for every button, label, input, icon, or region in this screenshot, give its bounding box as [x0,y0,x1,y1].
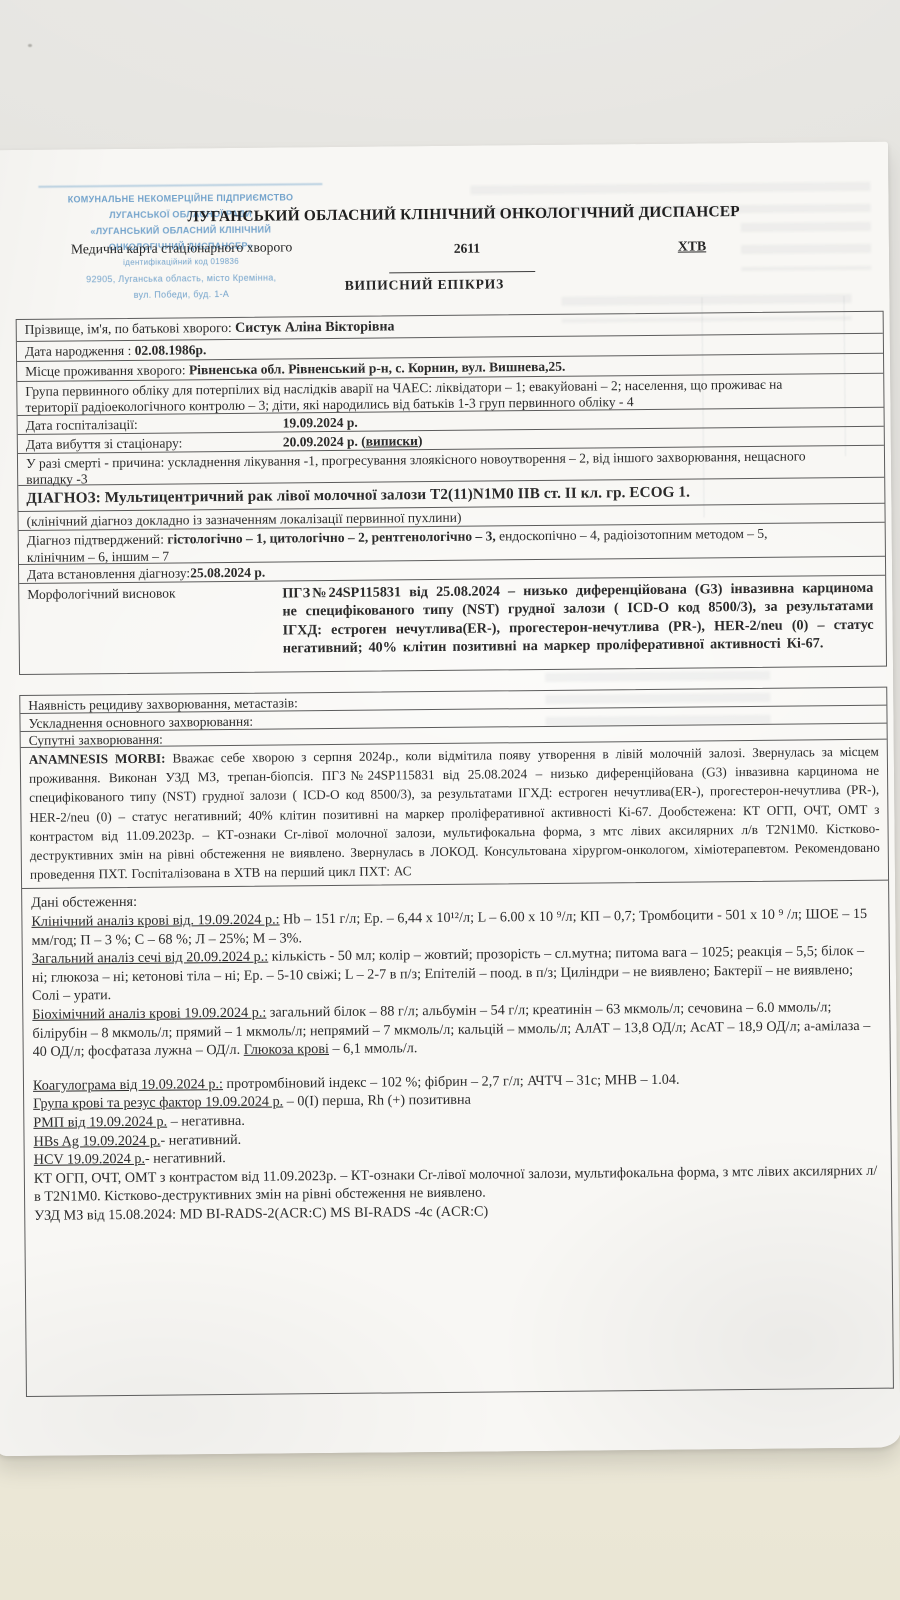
birth-date-label: Дата народження : [25,343,132,359]
hcv-head: HCV 19.09.2024 р. [34,1151,145,1168]
discharge-date-value: 20.09.2024 р. (виписки) [283,433,423,451]
address-value: Рівненська обл. Рівненський р-н, с. Корн… [189,359,566,378]
birth-date-value: 02.08.1986р. [135,342,207,358]
photo-of-discharge-summary: { "header": { "stamp": { "lines": [ "КОМ… [0,0,900,1600]
anamnesis-label: ANAMNESIS MORBI: [29,751,173,767]
complications-label: Ускладнення основного захворювання: [28,714,253,731]
coagulogram-values: протромбіновий індекс – 102 %; фібрин – … [223,1071,680,1091]
confirmed-methods-bold: гістологічно – 1, цитологічно – 2, рентг… [167,528,495,546]
diagnosis-clarification-text: (клінічний діагноз докладно із зазначенн… [27,510,462,529]
row-anamnesis: ANAMNESIS MORBI: Вважає себе хворою з се… [21,740,888,889]
rmp-head: РМП від 19.09.2024 р. [33,1114,167,1131]
morphology-conclusion-text: ПГЗ№24SP115831 від 25.08.2024 – низько д… [282,579,878,668]
rmp-value: – негативна. [167,1113,245,1130]
form-table: Прізвище, ім'я, по батькові хворого: Сис… [16,311,894,1398]
department-code: ХТВ [652,238,732,255]
patient-name-label: Прізвище, ім'я, по батькові хворого: [25,320,232,337]
discharge-date-suffix: ) [418,433,423,448]
urinalysis-head: Загальний аналіз сечі від 20.09.2024 р.: [32,949,269,967]
relapse-label: Наявність рецидиву захворювання, метаста… [28,695,298,713]
blood-group-value: – 0(I) перша, Rh (+) позитивна [283,1092,471,1110]
examinations-box: Дані обстеження: Клінічний аналіз крові … [21,881,894,1397]
document-title: ВИПИСНИЙ ЕПІКРИЗ [324,276,524,294]
hcv-value: - негативний. [145,1150,226,1167]
address-label: Місце проживання хворого: [25,362,186,379]
blood-group-head: Група крові та резус фактор 19.09.2024 р… [33,1094,283,1112]
divider-rule [389,271,535,273]
patient-name-value: Систук Аліна Вікторівна [235,319,394,336]
stamp-line: вул. Победи, буд. 1-А [31,285,331,304]
hbsag-value: - негативний. [160,1131,241,1148]
disease-course-box: Наявність рецидиву захворювання, метаста… [19,687,889,890]
admission-date-value: 19.09.2024 р. [283,415,358,432]
coagulogram-head: Коагулограма від 19.09.2024 р.: [33,1076,223,1094]
morphology-label: Морфологічний висновок [27,584,283,669]
discharge-date-prefix: 20.09.2024 р. ( [283,434,366,450]
diagnosis-date-value: 25.08.2024 р. [190,565,265,581]
glucose-underlined: Глюкоза крові [244,1041,329,1058]
urinalysis-line: Загальний аналіз сечі від 20.09.2024 р.:… [32,942,880,1006]
cbc-head: Клінічний аналіз крові від. 19.09.2024 р… [31,912,279,930]
stamp-line: КОМУНАЛЬНЕ НЕКОМЕРЦІЙНЕ ПІДПРИЄМСТВО [30,189,330,208]
row-morphology: Морфологічний висновок ПГЗ№24SP115831 ві… [19,576,886,674]
discharge-date-label: Дата вибуття зі стаціонару: [26,435,183,452]
patient-info-box: Прізвище, ім'я, по батькові хворого: Сис… [16,311,887,675]
discharge-mode-underlined: виписки [366,433,418,449]
diagnosis-date-label: Дата встановлення діагнозу: [27,565,190,582]
background-speck [28,44,32,47]
glucose-value: – 6,1 ммоль/л. [329,1040,418,1057]
confirmed-label: Діагноз підтверджений: [27,532,168,548]
main-diagnosis-text: ДІАГНОЗ: Мультицентричний рак лівої моло… [26,484,690,507]
hbsag-head: HBs Ag 19.09.2024 р. [33,1132,160,1149]
stamp-top-rule [38,183,322,188]
card-label: Медична карта стаціонарного хворого [71,239,292,257]
comorbidity-label: Супутні захворювання: [29,732,163,748]
biochemistry-head: Біохімічний аналіз крові 19.09.2024 р.: [32,1005,266,1023]
biochemistry-line: Біохімічний аналіз крові 19.09.2024 р.: … [32,998,880,1062]
admission-date-label: Дата госпіталізації: [26,417,138,433]
card-number: 2611 [427,240,507,257]
bleed-through-artifact [741,222,871,271]
document-sheet: КОМУНАЛЬНЕ НЕКОМЕРЦІЙНЕ ПІДПРИЄМСТВО ЛУГ… [0,142,900,1457]
